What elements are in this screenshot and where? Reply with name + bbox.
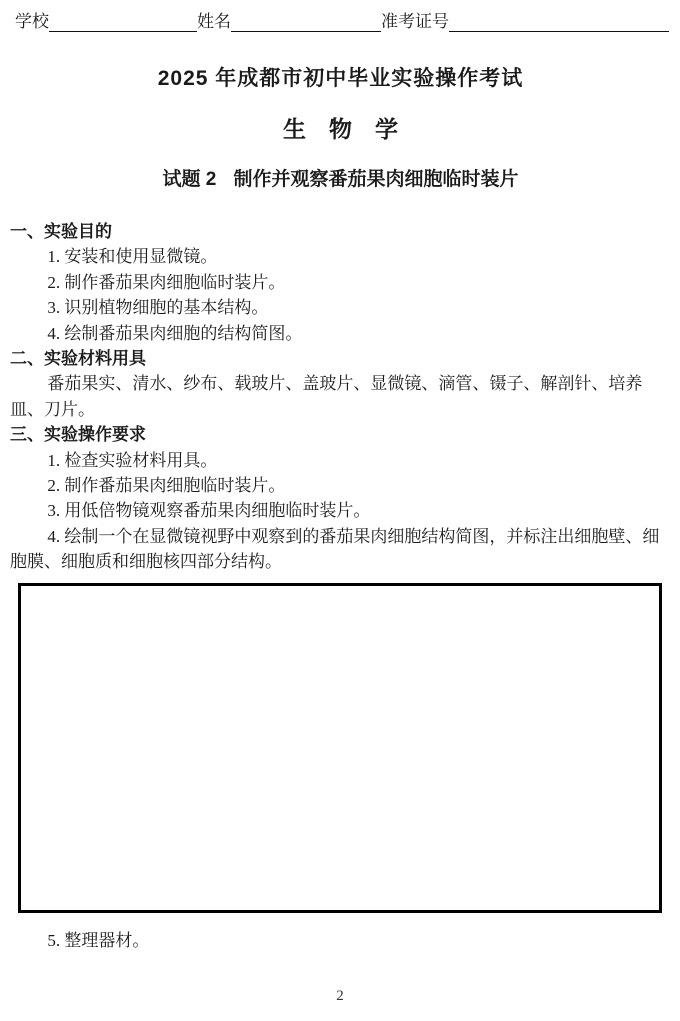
question-number: 试题 2 [163, 169, 217, 190]
section-3-item-3: 3. 用低倍物镜观察番茄果肉细胞临时装片。 [10, 498, 671, 523]
section-1-heading: 一、实验目的 [10, 219, 671, 244]
section-3-item-1: 1. 检查实验材料用具。 [10, 448, 671, 473]
name-blank-line [231, 12, 381, 32]
page-number: 2 [0, 988, 680, 1005]
section-3-item-4: 4. 绘制一个在显微镜视野中观察到的番茄果肉细胞结构简图，并标注出细胞壁、细胞膜… [10, 524, 671, 575]
section-2-materials: 番茄果实、清水、纱布、载玻片、盖玻片、显微镜、滴管、镊子、解剖针、培养皿、刀片。 [10, 371, 671, 422]
cell-diagram-drawing-box [18, 583, 662, 913]
exam-id-blank-line [449, 12, 669, 32]
name-label: 姓名 [197, 12, 231, 32]
exam-body: 一、实验目的 1. 安装和使用显微镜。 2. 制作番茄果肉细胞临时装片。 3. … [10, 219, 671, 575]
final-step: 5. 整理器材。 [10, 926, 671, 951]
question-name: 制作并观察番茄果肉细胞临时装片 [233, 169, 518, 190]
section-1-item-2: 2. 制作番茄果肉细胞临时装片。 [10, 270, 671, 295]
section-2-heading: 二、实验材料用具 [10, 346, 671, 371]
section-1-item-4: 4. 绘制番茄果肉细胞的结构简图。 [10, 321, 671, 346]
section-3-heading: 三、实验操作要求 [10, 422, 671, 447]
exam-paper-page: 学校 姓名 准考证号 2025 年成都市初中毕业实验操作考试 生 物 学 试题 … [0, 0, 680, 1021]
section-1-item-3: 3. 识别植物细胞的基本结构。 [10, 295, 671, 320]
exam-title: 2025 年成都市初中毕业实验操作考试 [10, 62, 671, 92]
school-blank-line [49, 12, 197, 32]
section-3-item-2: 2. 制作番茄果肉细胞临时装片。 [10, 473, 671, 498]
exam-id-label: 准考证号 [381, 12, 449, 32]
section-1-item-1: 1. 安装和使用显微镜。 [10, 244, 671, 269]
question-title: 试题 2制作并观察番茄果肉细胞临时装片 [10, 164, 671, 191]
school-label: 学校 [15, 12, 49, 32]
candidate-info-header: 学校 姓名 准考证号 [10, 12, 671, 32]
subject-title: 生 物 学 [10, 111, 671, 144]
